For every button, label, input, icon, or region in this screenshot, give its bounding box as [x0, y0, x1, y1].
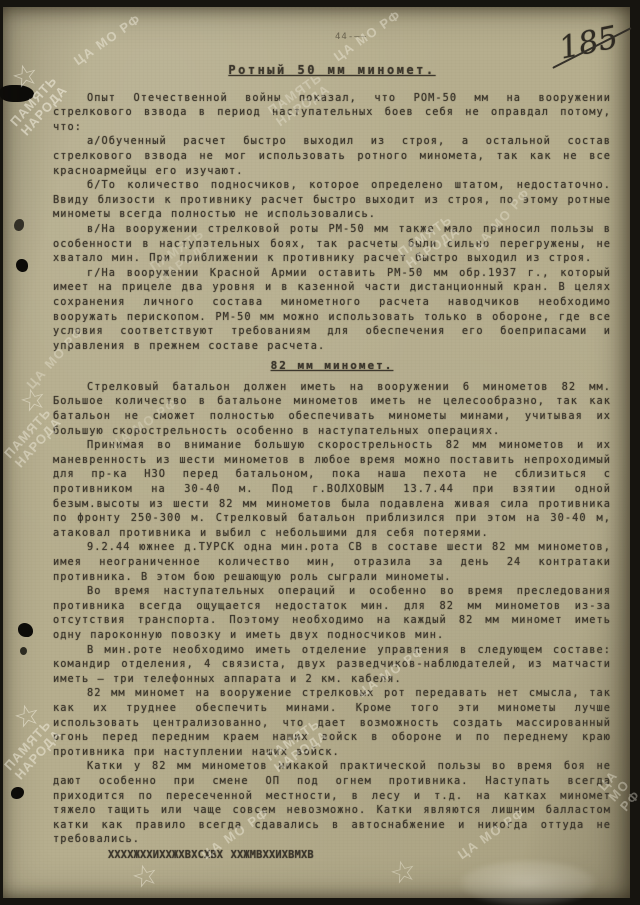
document-text: Ротный 50 мм миномет.Опыт Отечественной …	[53, 63, 611, 862]
ink-blot	[14, 219, 24, 231]
ink-blot	[16, 259, 28, 272]
paragraph: Стрелковый батальон должен иметь на воор…	[53, 380, 611, 438]
ink-blot	[0, 85, 34, 102]
paragraph: Опыт Отечественной войны показал, что РО…	[53, 91, 611, 135]
paragraph: 82 мм миномет на вооружение стрелковых р…	[53, 686, 611, 759]
document-title: Ротный 50 мм миномет.	[53, 63, 611, 78]
paragraph: в/На вооружении стрелковой роты РМ-50 мм…	[53, 222, 611, 266]
top-typed-mark: 44-——	[335, 32, 367, 42]
paragraph: Во время наступательных операций и особе…	[53, 584, 611, 642]
ink-blot	[11, 787, 24, 799]
erased-spot	[458, 859, 598, 905]
ink-blot	[20, 647, 27, 655]
paragraph: б/То количество подносчиков, которое опр…	[53, 178, 611, 222]
paper-sheet: 44-—— 185 Ротный 50 мм миномет.Опыт Отеч…	[3, 7, 630, 898]
paragraph: а/Обученный расчет быстро выходил из стр…	[53, 134, 611, 178]
scanned-document-page: 44-—— 185 Ротный 50 мм миномет.Опыт Отеч…	[0, 0, 640, 905]
paragraph: Катки у 82 мм минометов никакой практиче…	[53, 759, 611, 847]
section-heading: 82 мм миномет.	[53, 359, 611, 374]
ink-blot	[18, 623, 33, 637]
paragraph: В мин.роте необходимо иметь отделение уп…	[53, 643, 611, 687]
paragraph: 9.2.44 южнее д.ТУРСК одна мин.рота СВ в …	[53, 540, 611, 584]
paragraph: г/На вооружении Красной Армии оставить Р…	[53, 266, 611, 354]
paragraph: Принимая во внимание большую скорострель…	[53, 438, 611, 540]
